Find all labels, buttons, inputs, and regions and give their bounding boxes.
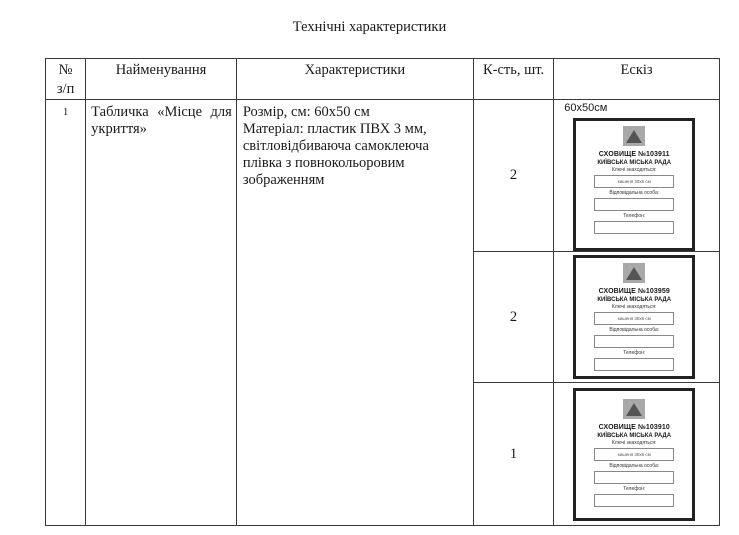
civil-defense-triangle-icon	[623, 399, 645, 419]
characteristics-size: Розмір, см: 60х50 см	[243, 104, 469, 121]
item-name: Табличка «Місце для укриття»	[86, 100, 237, 526]
row-number: 1	[46, 100, 86, 526]
sketch-cell: 60x50см СХОВИЩЕ №103911 КИЇВСЬКА МІСЬКА …	[554, 100, 720, 252]
shelter-sign-sketch: СХОВИЩЕ №103910 КИЇВСЬКА МІСЬКА РАДА Клю…	[573, 388, 695, 521]
header-characteristics: Характеристики	[236, 59, 473, 100]
sign-responsible-label: Відповідальна особа:	[576, 327, 692, 334]
quantity-cell: 2	[473, 252, 553, 383]
sign-keys-label: Ключі знаходяться:	[576, 304, 692, 311]
civil-defense-triangle-icon	[623, 263, 645, 283]
header-quantity: К-сть, шт.	[473, 59, 553, 100]
sign-phone-label: Телефон:	[576, 213, 692, 220]
sign-title: СХОВИЩЕ №103959	[576, 287, 692, 296]
sign-subtitle: КИЇВСЬКА МІСЬКА РАДА	[576, 296, 692, 304]
sketch-cell: СХОВИЩЕ №103959 КИЇВСЬКА МІСЬКА РАДА Клю…	[554, 252, 720, 383]
shelter-sign-sketch: СХОВИЩЕ №103911 КИЇВСЬКА МІСЬКА РАДА Клю…	[573, 118, 695, 251]
shelter-sign-sketch: СХОВИЩЕ №103959 КИЇВСЬКА МІСЬКА РАДА Клю…	[573, 255, 695, 379]
sign-responsible-field	[594, 471, 674, 484]
sketch-size-label: 60x50см	[564, 102, 607, 114]
sign-responsible-field	[594, 198, 674, 211]
sign-keys-label: Ключі знаходяться:	[576, 167, 692, 174]
header-number-line2: з/п	[46, 80, 85, 99]
quantity-cell: 1	[473, 383, 553, 526]
sign-keys-pocket: кишеня 30х6 см	[594, 312, 674, 325]
header-sketch: Ескіз	[554, 59, 720, 100]
header-number: № з/п	[46, 59, 86, 100]
sign-title: СХОВИЩЕ №103911	[576, 150, 692, 159]
sign-phone-label: Телефон:	[576, 486, 692, 493]
header-name: Найменування	[86, 59, 237, 100]
sign-phone-field	[594, 358, 674, 371]
sign-phone-field	[594, 494, 674, 507]
civil-defense-triangle-icon	[623, 126, 645, 146]
sign-subtitle: КИЇВСЬКА МІСЬКА РАДА	[576, 432, 692, 440]
header-number-line1: №	[46, 61, 85, 80]
sign-keys-pocket: кишеня 30х6 см	[594, 448, 674, 461]
table-header-row: № з/п Найменування Характеристики К-сть,…	[46, 59, 720, 100]
table-row: 1 Табличка «Місце для укриття» Розмір, с…	[46, 100, 720, 252]
sign-title: СХОВИЩЕ №103910	[576, 423, 692, 432]
sign-phone-field	[594, 221, 674, 234]
sign-responsible-label: Відповідальна особа:	[576, 463, 692, 470]
sign-phone-label: Телефон:	[576, 350, 692, 357]
quantity-cell: 2	[473, 100, 553, 252]
characteristics-material: Матеріал: пластик ПВХ 3 мм, світловідбив…	[243, 121, 469, 189]
specifications-table: № з/п Найменування Характеристики К-сть,…	[45, 58, 720, 526]
sign-responsible-label: Відповідальна особа:	[576, 190, 692, 197]
sign-keys-label: Ключі знаходяться:	[576, 440, 692, 447]
sketch-cell: СХОВИЩЕ №103910 КИЇВСЬКА МІСЬКА РАДА Клю…	[554, 383, 720, 526]
document-title: Технічні характеристики	[0, 19, 739, 36]
item-characteristics: Розмір, см: 60х50 см Матеріал: пластик П…	[236, 100, 473, 526]
sign-subtitle: КИЇВСЬКА МІСЬКА РАДА	[576, 159, 692, 167]
sign-responsible-field	[594, 335, 674, 348]
sign-keys-pocket: кишеня 30х6 см	[594, 175, 674, 188]
